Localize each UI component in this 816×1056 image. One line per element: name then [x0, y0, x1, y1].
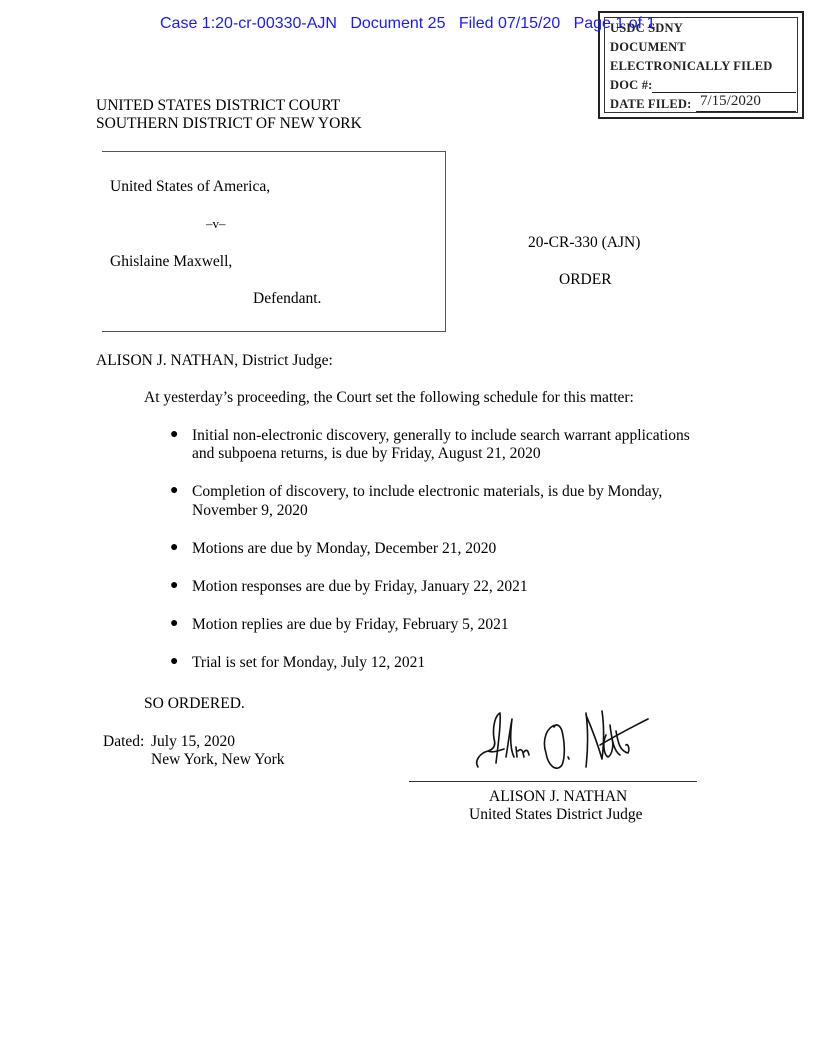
schedule-item-text: Trial is set for Monday, July 12, 2021: [192, 654, 425, 672]
signature-icon: [470, 705, 655, 780]
versus: –v–: [206, 215, 226, 233]
stamp-date-line: [696, 110, 796, 112]
case-number-header: Case 1:20-cr-00330-AJN: [160, 15, 337, 32]
case-number: 20-CR-330 (AJN): [528, 234, 640, 252]
judge-intro: ALISON J. NATHAN, District Judge:: [96, 352, 333, 370]
stamp-electronically-filed: ELECTRONICALLY FILED: [610, 59, 773, 74]
defendant-name: Ghislaine Maxwell,: [110, 253, 232, 271]
signer-title: United States District Judge: [469, 806, 643, 824]
stamp-doc-number-label: DOC #:: [610, 78, 653, 93]
ecf-header: Case 1:20-cr-00330-AJN Document 25 Filed…: [160, 15, 655, 33]
dated-place: New York, New York: [151, 751, 285, 769]
schedule-item-text: Motion replies are due by Friday, Februa…: [192, 616, 509, 634]
court-name: UNITED STATES DISTRICT COURT: [96, 97, 340, 115]
stamp-date-filed: 7/15/2020: [700, 93, 761, 110]
stamp-date-filed-label: DATE FILED:: [610, 97, 692, 112]
page-indicator: Page 1 of 1: [574, 15, 656, 32]
so-ordered: SO ORDERED.: [144, 695, 245, 713]
schedule-item-text: Motions are due by Monday, December 21, …: [192, 540, 496, 558]
filed-date: Filed 07/15/20: [459, 15, 560, 32]
stamp-document: DOCUMENT: [610, 40, 686, 55]
bullet-icon: ●: [170, 578, 178, 594]
bullet-icon: ●: [170, 616, 178, 632]
bullet-icon: ●: [170, 654, 178, 670]
schedule-item-text: and subpoena returns, is due by Friday, …: [192, 445, 541, 463]
bullet-icon: ●: [170, 483, 178, 499]
document-number: Document 25: [350, 15, 445, 32]
signer-name: ALISON J. NATHAN: [489, 788, 627, 806]
schedule-item-text: Initial non-electronic discovery, genera…: [192, 427, 690, 445]
intro-paragraph: At yesterday’s proceeding, the Court set…: [144, 389, 634, 407]
signature-line: [409, 781, 697, 782]
schedule-item-text: Completion of discovery, to include elec…: [192, 483, 662, 501]
plaintiff: United States of America,: [110, 178, 270, 196]
dated-date: July 15, 2020: [151, 733, 235, 751]
bullet-icon: ●: [170, 427, 178, 443]
schedule-item-text: November 9, 2020: [192, 502, 308, 520]
defendant-label: Defendant.: [253, 290, 321, 308]
bullet-icon: ●: [170, 540, 178, 556]
court-district: SOUTHERN DISTRICT OF NEW YORK: [96, 115, 362, 133]
document-title: ORDER: [559, 271, 612, 289]
schedule-item-text: Motion responses are due by Friday, Janu…: [192, 578, 528, 596]
dated-label: Dated:: [103, 733, 144, 751]
